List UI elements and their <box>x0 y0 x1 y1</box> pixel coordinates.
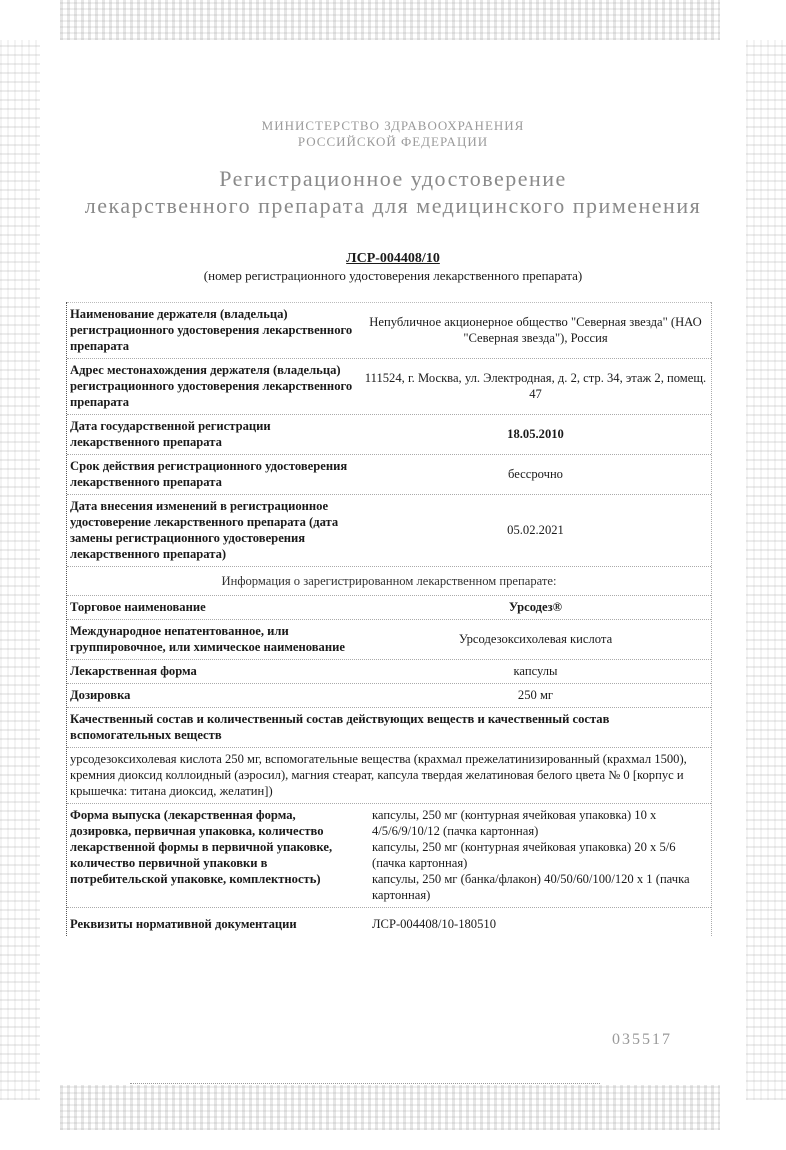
release-items: капсулы, 250 мг (контурная ячейковая упа… <box>360 807 711 903</box>
document-title: Регистрационное удостоверение лекарствен… <box>0 165 786 219</box>
field-holder-name: Наименование держателя (владельца) регис… <box>67 302 711 358</box>
title-line-1: Регистрационное удостоверение <box>0 165 786 192</box>
registration-number: ЛСР-004408/10 <box>0 251 786 267</box>
field-label: Дата государственной регистрации лекарст… <box>67 418 360 450</box>
field-value: бессрочно <box>360 458 711 490</box>
field-value: Урсодез® <box>360 599 711 615</box>
decorative-border-top <box>60 0 720 40</box>
field-trade-name: Торговое наименование Урсодез® <box>67 595 711 619</box>
ministry-line-2: Российской Федерации <box>0 134 786 150</box>
field-label: Торговое наименование <box>67 599 360 615</box>
field-value: ЛСР-004408/10-180510 <box>360 916 711 932</box>
field-value: Непубличное акционерное общество "Северн… <box>360 306 711 354</box>
title-line-2: лекарственного препарата для медицинског… <box>0 192 786 219</box>
divider <box>130 1083 600 1084</box>
registration-table: Наименование держателя (владельца) регис… <box>66 302 712 936</box>
field-registration-date: Дата государственной регистрации лекарст… <box>67 414 711 454</box>
field-label: Адрес местонахождения держателя (владель… <box>67 362 360 410</box>
field-label: Дата внесения изменений в регистрационно… <box>67 498 360 562</box>
field-value: 250 мг <box>360 687 711 703</box>
field-dosage: Дозировка 250 мг <box>67 683 711 707</box>
field-release-form: Форма выпуска (лекарственная форма, дози… <box>67 803 711 907</box>
field-holder-address: Адрес местонахождения держателя (владель… <box>67 358 711 414</box>
field-label: Лекарственная форма <box>67 663 360 679</box>
field-value: капсулы <box>360 663 711 679</box>
decorative-border-bottom <box>60 1085 720 1130</box>
field-value: 05.02.2021 <box>360 498 711 562</box>
field-label: Срок действия регистрационного удостовер… <box>67 458 360 490</box>
field-label: Дозировка <box>67 687 360 703</box>
composition-value: урсодезоксихолевая кислота 250 мг, вспом… <box>67 747 711 803</box>
field-value: 111524, г. Москва, ул. Электродная, д. 2… <box>360 362 711 410</box>
release-item: капсулы, 250 мг (банка/флакон) 40/50/60/… <box>372 871 707 903</box>
release-item: капсулы, 250 мг (контурная ячейковая упа… <box>372 807 707 839</box>
field-label: Реквизиты нормативной документации <box>67 916 360 932</box>
ministry-heading: Министерство здравоохранения Российской … <box>0 118 786 150</box>
ministry-line-1: Министерство здравоохранения <box>0 118 786 134</box>
field-validity: Срок действия регистрационного удостовер… <box>67 454 711 494</box>
field-value: Урсодезоксихолевая кислота <box>360 623 711 655</box>
info-section-title: Информация о зарегистрированном лекарств… <box>67 566 711 595</box>
field-inn: Международное непатентованное, или групп… <box>67 619 711 659</box>
field-dosage-form: Лекарственная форма капсулы <box>67 659 711 683</box>
field-value: 18.05.2010 <box>360 418 711 450</box>
field-label: Форма выпуска (лекарственная форма, дози… <box>67 807 360 903</box>
composition-label: Качественный состав и количественный сос… <box>67 707 711 747</box>
field-change-date: Дата внесения изменений в регистрационно… <box>67 494 711 566</box>
registration-number-caption: (номер регистрационного удостоверения ле… <box>0 268 786 284</box>
field-label: Наименование держателя (владельца) регис… <box>67 306 360 354</box>
form-serial-number: 035517 <box>612 1031 672 1049</box>
release-item: капсулы, 250 мг (контурная ячейковая упа… <box>372 839 707 871</box>
field-label: Международное непатентованное, или групп… <box>67 623 360 655</box>
field-normative-docs: Реквизиты нормативной документации ЛСР-0… <box>67 907 711 936</box>
